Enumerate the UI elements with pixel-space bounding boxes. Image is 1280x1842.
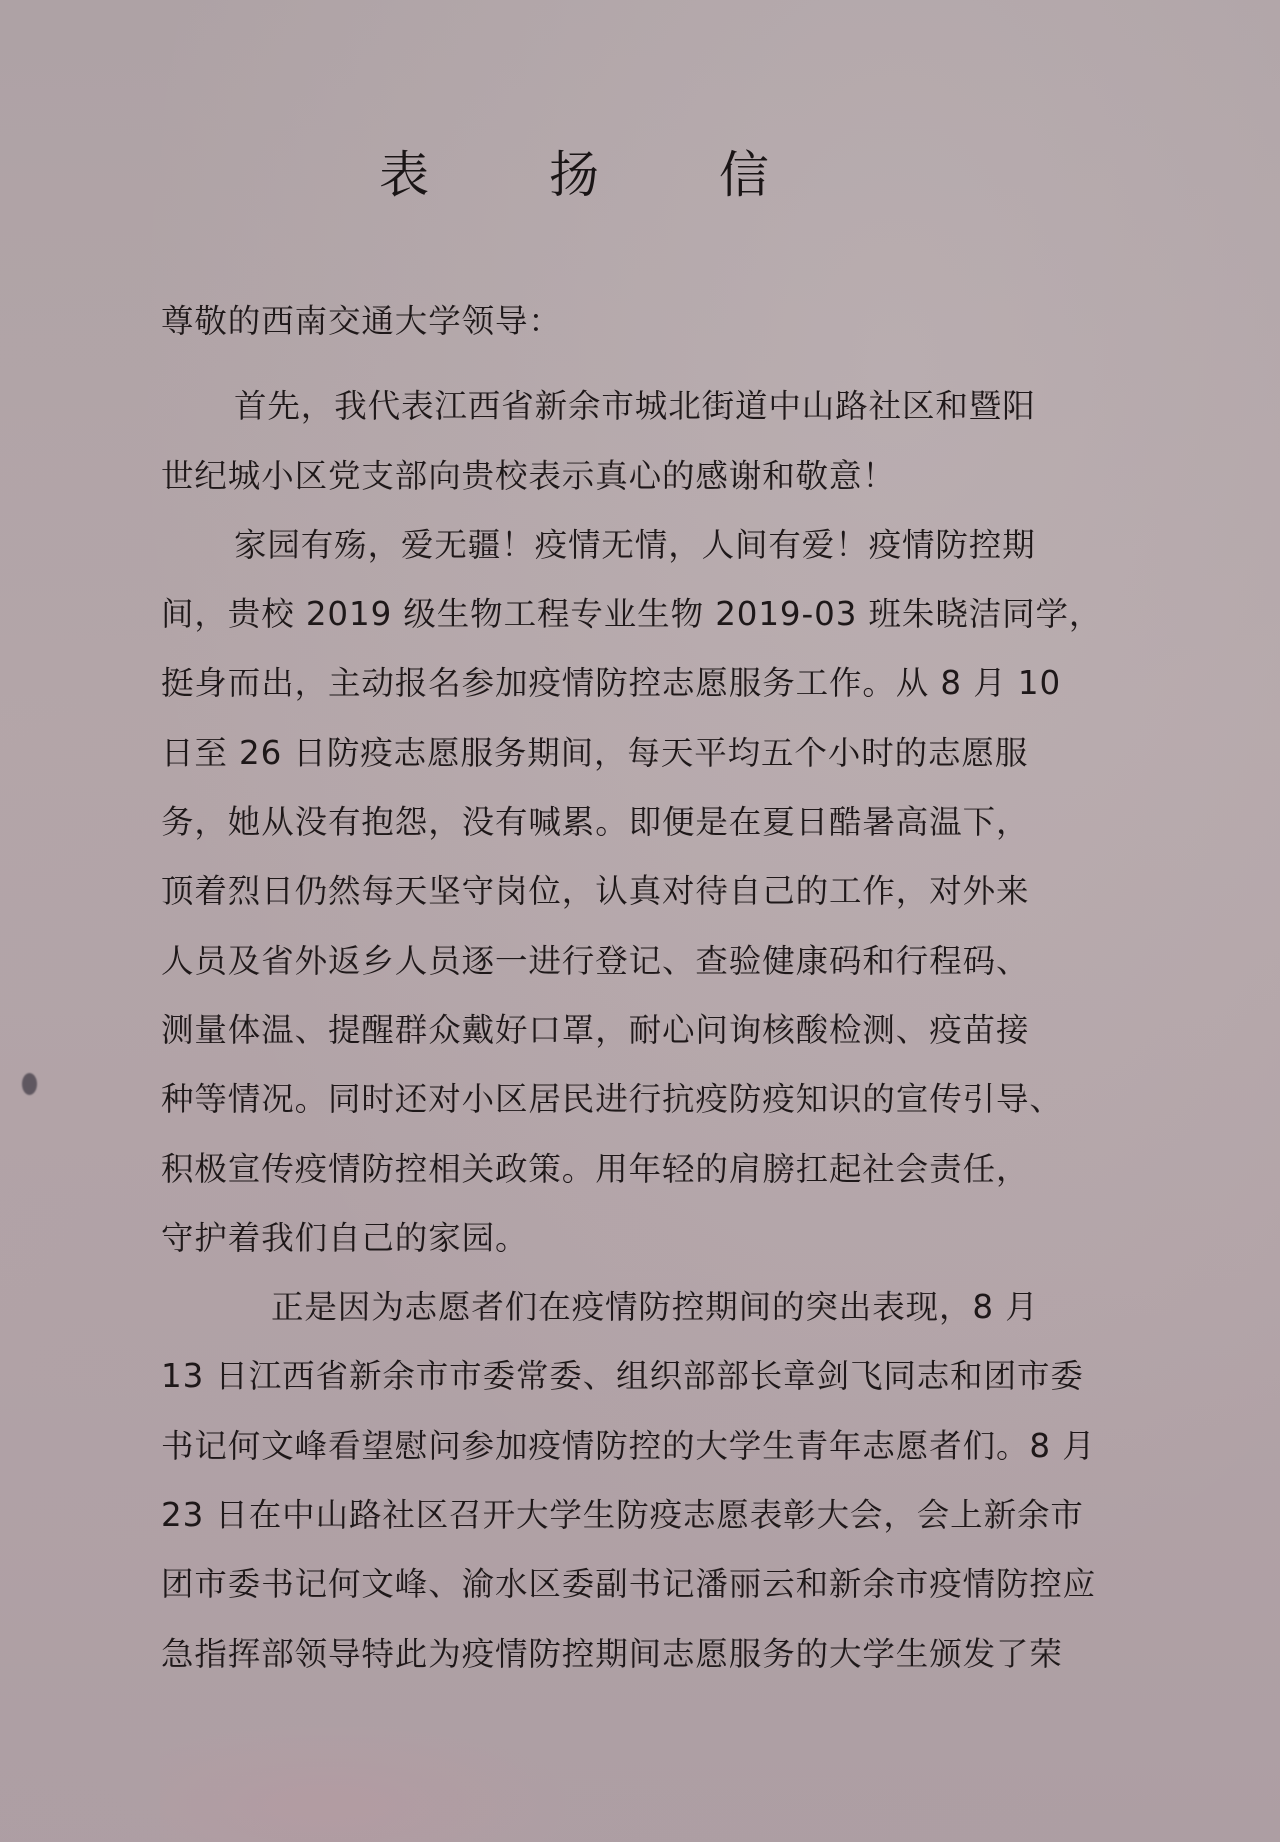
salutation: 尊敬的西南交通大学领导：	[161, 287, 1101, 356]
paragraph-2-line-9: 种等情况。同时还对小区居民进行抗疫防疫知识的宣传引导、	[161, 1065, 1101, 1134]
paragraph-3-line-4: 23 日在中山路社区召开大学生防疫志愿表彰大会，会上新余市	[161, 1481, 1101, 1550]
paragraph-3-line-1: 正是因为志愿者们在疫情防控期间的突出表现，8 月	[161, 1273, 1101, 1342]
punch-hole-mark	[22, 1073, 37, 1095]
paragraph-3-line-5: 团市委书记何文峰、渝水区委副书记潘丽云和新余市疫情防控应	[161, 1550, 1101, 1619]
paragraph-3-line-3: 书记何文峰看望慰问参加疫情防控的大学生青年志愿者们。8 月	[161, 1412, 1101, 1481]
paragraph-2-line-6: 顶着烈日仍然每天坚守岗位，认真对待自己的工作，对外来	[161, 857, 1101, 926]
paragraph-2-line-11: 守护着我们自己的家园。	[161, 1204, 1101, 1273]
paragraph-2-line-4: 日至 26 日防疫志愿服务期间，每天平均五个小时的志愿服	[161, 719, 1101, 788]
paragraph-3-line-6: 急指挥部领导特此为疫情防控期间志愿服务的大学生颁发了荣	[161, 1620, 1101, 1689]
letter-page: 表 扬 信 尊敬的西南交通大学领导： 首先，我代表江西省新余市城北街道中山路社区…	[0, 0, 1280, 1842]
paragraph-2-line-10: 积极宣传疫情防控相关政策。用年轻的肩膀扛起社会责任，	[161, 1135, 1101, 1204]
paragraph-1-line-1: 首先，我代表江西省新余市城北街道中山路社区和暨阳	[161, 372, 1101, 441]
paragraph-2-line-1: 家园有殇，爱无疆！疫情无情，人间有爱！疫情防控期	[161, 511, 1101, 580]
paragraph-2-line-5: 务，她从没有抱怨，没有喊累。即便是在夏日酷暑高温下，	[161, 788, 1101, 857]
paragraph-2-line-2: 间，贵校 2019 级生物工程专业生物 2019-03 班朱晓洁同学，	[161, 580, 1101, 649]
paragraph-1-line-2: 世纪城小区党支部向贵校表示真心的感谢和敬意！	[161, 442, 1101, 511]
letter-title: 表 扬 信	[0, 135, 1200, 207]
paragraph-2-line-3: 挺身而出，主动报名参加疫情防控志愿服务工作。从 8 月 10	[161, 649, 1101, 718]
faint-stamp-residue	[160, 1720, 580, 1842]
paragraph-2-line-8: 测量体温、提醒群众戴好口罩，耐心问询核酸检测、疫苗接	[161, 996, 1101, 1065]
letter-body: 尊敬的西南交通大学领导： 首先，我代表江西省新余市城北街道中山路社区和暨阳 世纪…	[161, 287, 1101, 1689]
paragraph-2-line-7: 人员及省外返乡人员逐一进行登记、查验健康码和行程码、	[161, 927, 1101, 996]
paragraph-3-line-2: 13 日江西省新余市市委常委、组织部部长章剑飞同志和团市委	[161, 1342, 1101, 1411]
